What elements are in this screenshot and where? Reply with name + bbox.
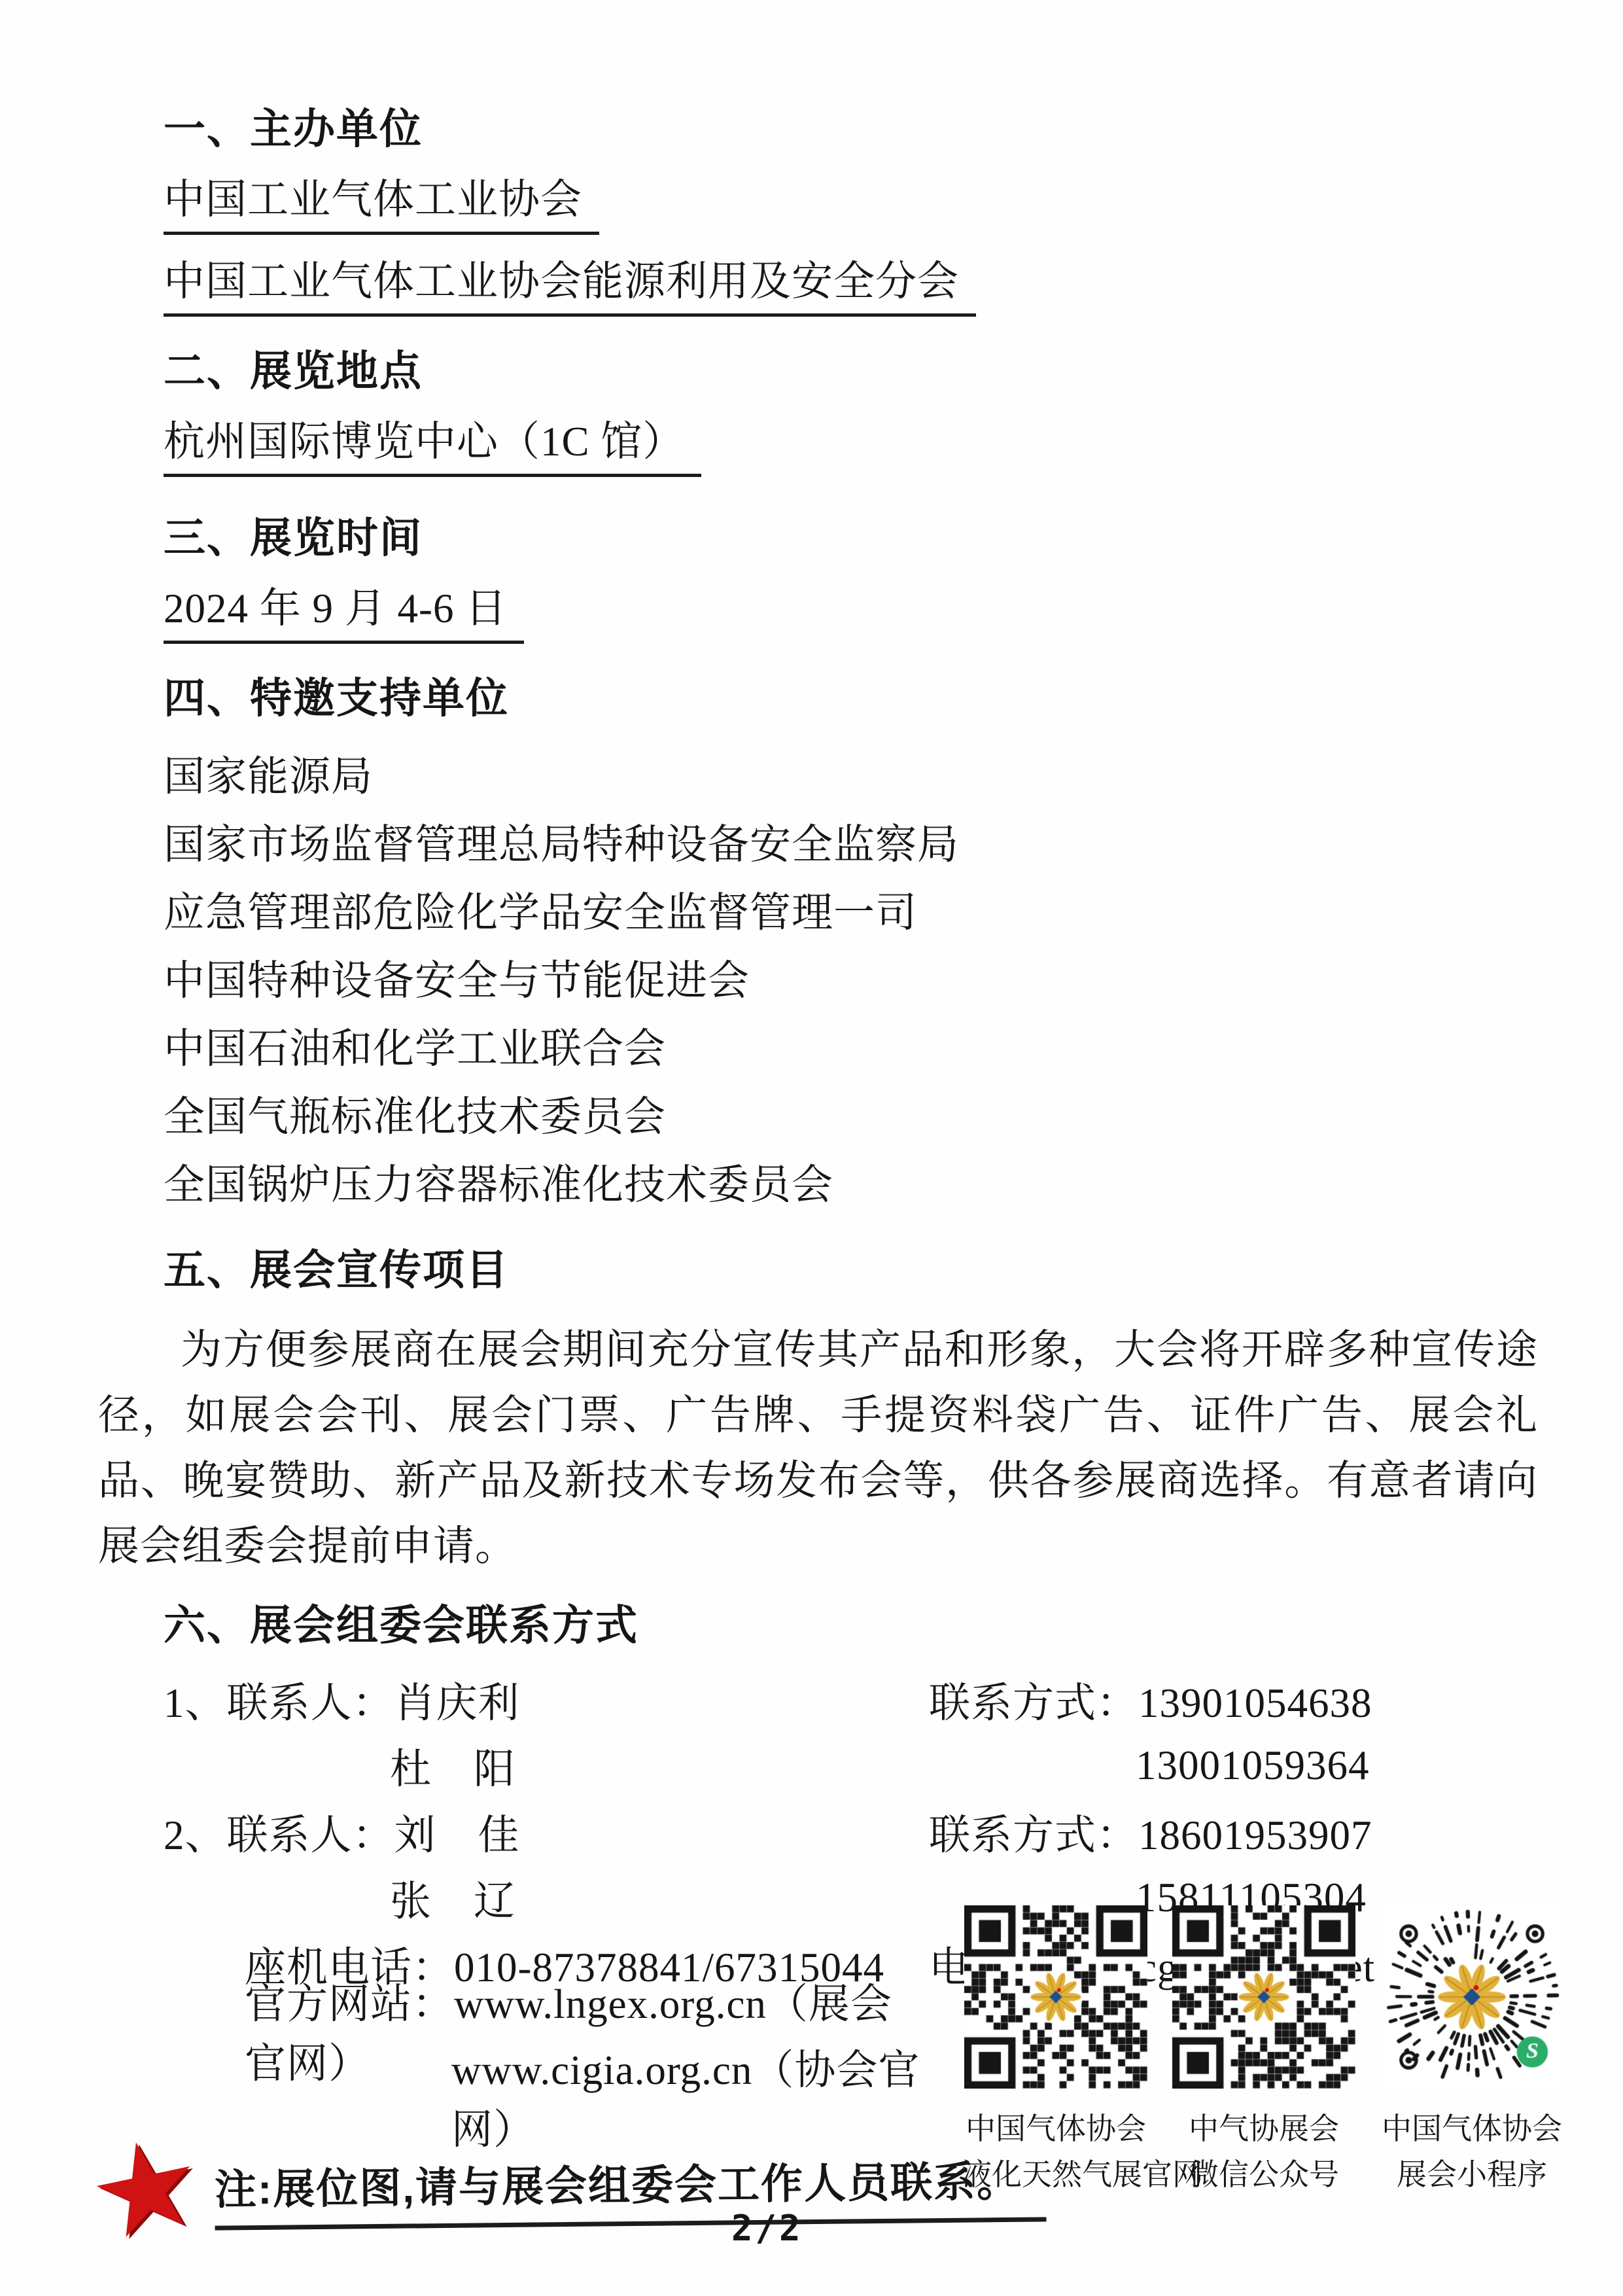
supporter-item: 国家能源局	[164, 752, 1538, 801]
supporter-item: 中国特种设备安全与节能促进会	[164, 957, 1538, 1005]
supporter-item: 应急管理部危险化学品安全监督管理一司	[164, 889, 1538, 937]
section-heading-hosts: 一、主办单位	[164, 105, 1538, 153]
contact-1-name: 肖庆利	[394, 1680, 520, 1726]
promotion-paragraph: 为方便参展商在展会期间充分宣传其产品和形象，大会将开辟多种宣传途径，如展会会刊、…	[98, 1317, 1538, 1579]
website-label: 官方网站：	[245, 1981, 454, 2027]
document-content: 一、主办单位 中国工业气体工业协会 中国工业气体工业协会能源利用及安全分会 二、…	[0, 0, 1623, 2238]
website-url-2: www.cigia.org.cn（协会官网）	[164, 2037, 929, 2156]
phone-number-1: 13901054638	[1138, 1680, 1372, 1726]
supporter-item: 全国锅炉压力容器标准化技术委员会	[164, 1161, 1538, 1209]
qr-code-lng-site	[964, 1905, 1147, 2089]
contact-3-name: 刘 佳	[394, 1812, 520, 1858]
section-heading-supporters: 四、特邀支持单位	[164, 674, 1538, 722]
qr-caption: 液化天然气展官网	[962, 2151, 1150, 2197]
document-page: 一、主办单位 中国工业气体工业协会 中国工业气体工业协会能源利用及安全分会 二、…	[0, 0, 1623, 2296]
phone-number-3: 18601953907	[1138, 1812, 1372, 1858]
date-text: 2024 年 9 月 4-6 日	[164, 584, 524, 644]
contact-2-name: 杜 阳	[164, 1736, 929, 1795]
contact-row-1-right: 联系方式：13901054638	[929, 1670, 1538, 1729]
qr-caption: 中国气体协会	[1378, 2106, 1566, 2151]
organizer-2-text: 中国工业气体工业协会能源利用及安全分会	[164, 257, 976, 317]
contact-1-label: 1、联系人：	[164, 1680, 394, 1726]
section-heading-time: 三、展览时间	[164, 514, 1538, 562]
qr-caption: 中气协展会	[1170, 2106, 1358, 2151]
contact-row-3-left: 2、联系人：刘 佳	[164, 1802, 929, 1862]
qr-column-lng-site: 中国气体协会 液化天然气展官网	[962, 1905, 1150, 2197]
supporter-item: 中国石油和化学工业联合会	[164, 1025, 1538, 1073]
contact-3-label: 2、联系人：	[164, 1812, 394, 1858]
phone-number-2: 13001059364	[929, 1742, 1538, 1790]
phone-label-3: 联系方式：	[929, 1812, 1138, 1858]
date-line: 2024 年 9 月 4-6 日	[164, 584, 1538, 644]
phone-label-1: 联系方式：	[929, 1680, 1138, 1726]
venue-line: 杭州国际博览中心（1C 馆）	[164, 417, 1538, 477]
qr-caption: 微信公众号	[1170, 2151, 1358, 2197]
section-heading-venue: 二、展览地点	[164, 347, 1538, 395]
venue-text: 杭州国际博览中心（1C 馆）	[164, 417, 701, 477]
qr-code-area: 中国气体协会 液化天然气展官网 中气协展会 微信公众号 中国气体协会 展会小程序	[962, 1905, 1566, 2197]
qr-column-wechat-official: 中气协展会 微信公众号	[1170, 1905, 1358, 2197]
section-heading-promotion: 五、展会宣传项目	[164, 1246, 1538, 1294]
supporter-item: 全国气瓶标准化技术委员会	[164, 1093, 1538, 1141]
contact-row-3-right: 联系方式：18601953907	[929, 1802, 1538, 1862]
section-heading-contact: 六、展会组委会联系方式	[164, 1601, 1538, 1650]
qr-code-miniprogram	[1380, 1905, 1563, 2089]
qr-caption: 中国气体协会	[962, 2106, 1150, 2151]
organizer-line-1: 中国工业气体工业协会	[164, 175, 1538, 235]
qr-code-wechat-official	[1172, 1905, 1355, 2089]
page-number: 2/2	[731, 2208, 803, 2249]
supporter-item: 国家市场监督管理总局特种设备安全监察局	[164, 821, 1538, 869]
note-text: 注:展位图,请与展会组委会工作人员联系。	[214, 2147, 1046, 2230]
qr-caption: 展会小程序	[1378, 2151, 1566, 2197]
contact-4-name: 张 辽	[164, 1868, 929, 1928]
red-star-icon: ★	[81, 2128, 223, 2250]
qr-column-miniprogram: 中国气体协会 展会小程序	[1378, 1905, 1566, 2197]
contact-row-1-left: 1、联系人：肖庆利	[164, 1670, 929, 1729]
organizer-line-2: 中国工业气体工业协会能源利用及安全分会	[164, 257, 1538, 317]
organizer-1-text: 中国工业气体工业协会	[164, 175, 599, 235]
